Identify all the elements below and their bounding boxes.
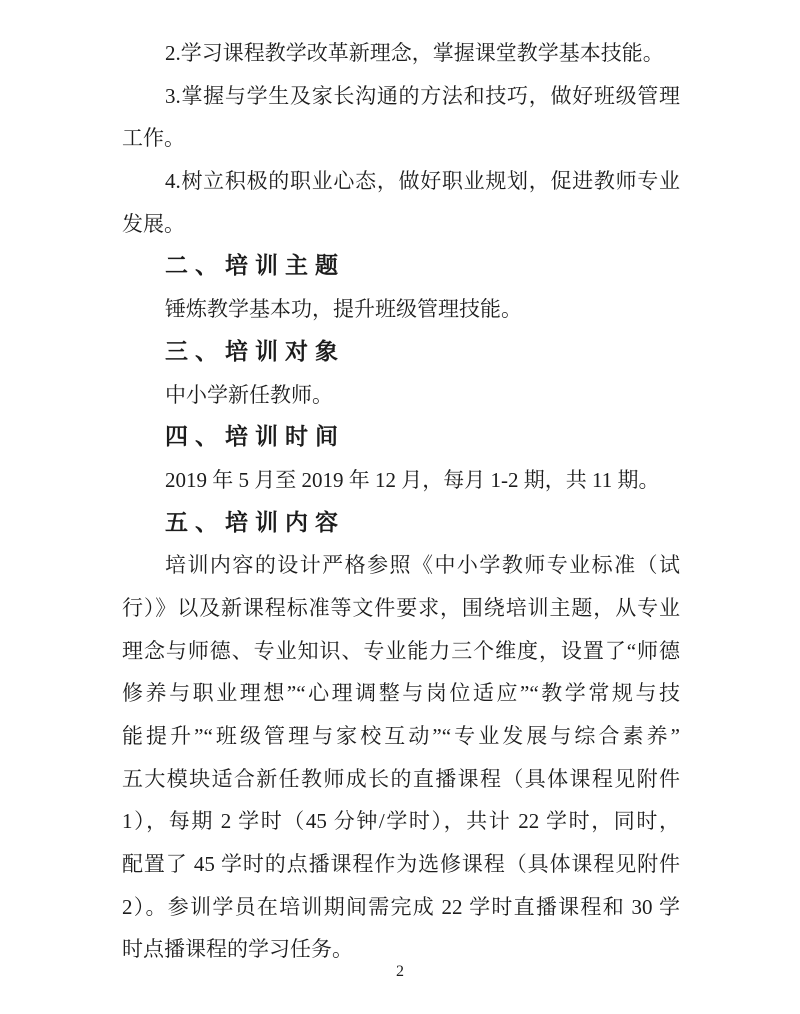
body-text-line: 修养与职业理想”“心理调整与岗位适应”“教学常规与技	[122, 672, 680, 715]
body-text-line: 1），每期 2 学时（45 分钟/学时），共计 22 学时，同时，	[122, 800, 680, 843]
body-text-line: 能提升”“班级管理与家校互动”“专业发展与综合素养”	[122, 715, 680, 758]
body-text-line: 3.掌握与学生及家长沟通的方法和技巧，做好班级管理	[122, 75, 680, 118]
document-page: 2.学习课程教学改革新理念，掌握课堂教学基本技能。3.掌握与学生及家长沟通的方法…	[0, 0, 800, 1014]
section-heading: 四、培训时间	[122, 416, 680, 459]
body-text-line: 2）。参训学员在培训期间需完成 22 学时直播课程和 30 学	[122, 886, 680, 929]
body-text-line: 行）》以及新课程标准等文件要求，围绕培训主题，从专业	[122, 587, 680, 630]
body-text-line: 配置了 45 学时的点播课程作为选修课程（具体课程见附件	[122, 843, 680, 886]
section-heading: 二、培训主题	[122, 245, 680, 288]
body-text-line: 理念与师德、专业知识、专业能力三个维度，设置了“师德	[122, 630, 680, 673]
section-heading: 五、培训内容	[122, 502, 680, 545]
body-text-line: 工作。	[122, 117, 680, 160]
body-text-line: 五大模块适合新任教师成长的直播课程（具体课程见附件	[122, 758, 680, 801]
body-text-line: 培训内容的设计严格参照《中小学教师专业标准（试	[122, 544, 680, 587]
body-text-line: 中小学新任教师。	[122, 374, 680, 417]
body-text-line: 发展。	[122, 203, 680, 246]
section-heading: 三、培训对象	[122, 331, 680, 374]
page-number: 2	[0, 963, 800, 981]
body-text-line: 2.学习课程教学改革新理念，掌握课堂教学基本技能。	[122, 32, 680, 75]
body-text-line: 4.树立积极的职业心态，做好职业规划，促进教师专业	[122, 160, 680, 203]
body-text-line: 锤炼教学基本功，提升班级管理技能。	[122, 288, 680, 331]
body-text-line: 2019 年 5 月至 2019 年 12 月，每月 1-2 期，共 11 期。	[122, 459, 680, 502]
